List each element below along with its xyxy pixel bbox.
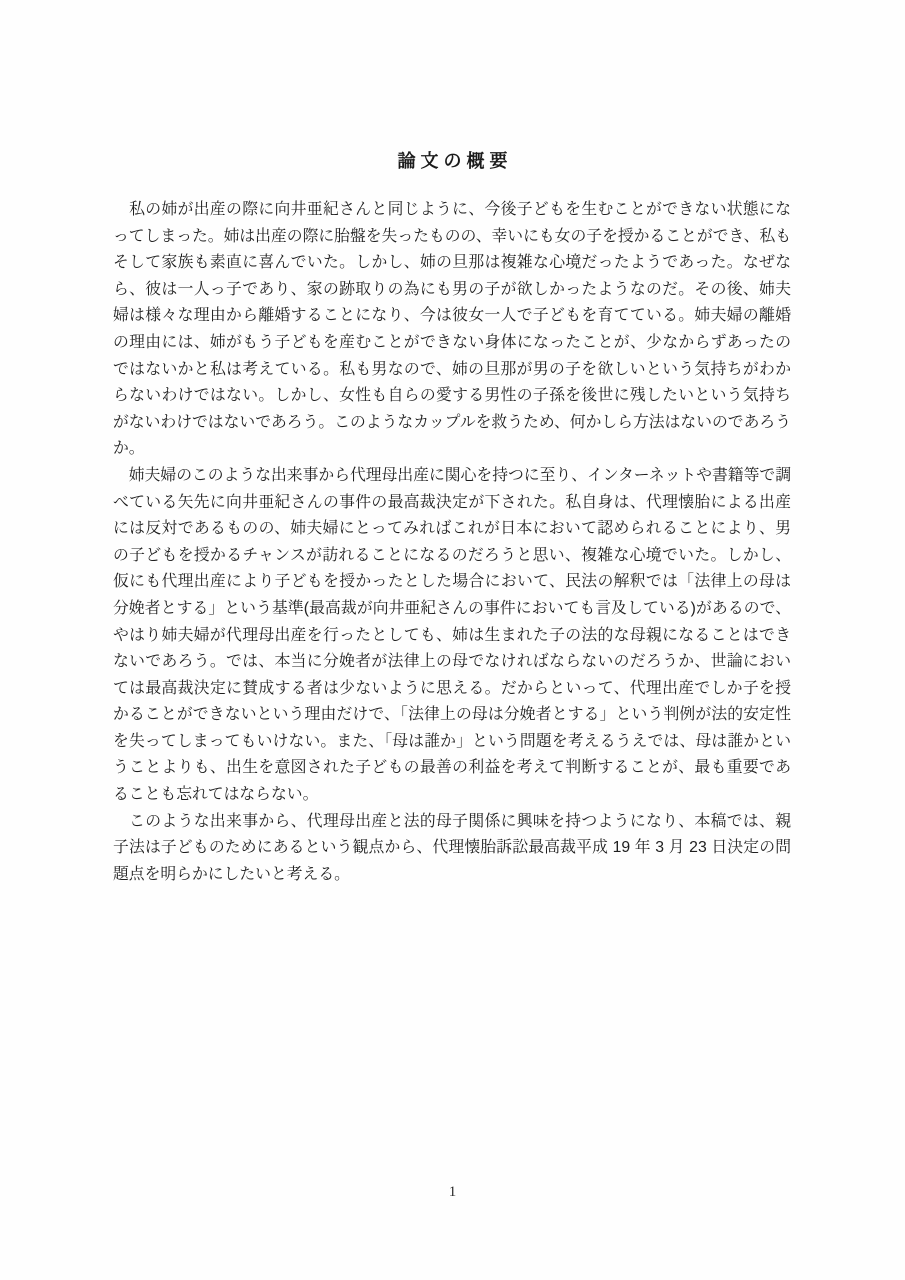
paragraph-3: このような出来事から、代理母出産と法的母子関係に興味を持つようになり、本稿では、… <box>113 809 791 889</box>
document-title: 論文の概要 <box>0 149 905 173</box>
paragraph-2: 姉夫婦のこのような出来事から代理母出産に関心を持つに至り、インターネットや書籍等… <box>113 463 791 809</box>
document-page: 論文の概要 私の姉が出産の際に向井亜紀さんと同じように、今後子どもを生むことがで… <box>0 0 905 1280</box>
document-body: 私の姉が出産の際に向井亜紀さんと同じように、今後子どもを生むことができない状態に… <box>113 197 791 888</box>
paragraph-1: 私の姉が出産の際に向井亜紀さんと同じように、今後子どもを生むことができない状態に… <box>113 197 791 463</box>
page-number: 1 <box>0 1183 905 1201</box>
